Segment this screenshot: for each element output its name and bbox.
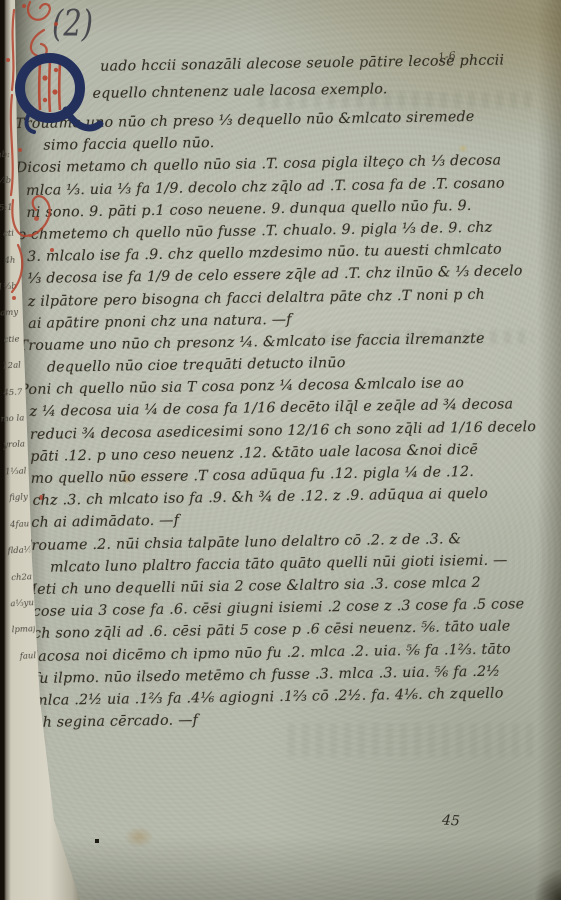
red-flourish-ornament — [0, 0, 80, 300]
gutter-text-fragment: yamy — [0, 300, 19, 328]
manuscript-text-block: uado hccii sonazāli alecose seuole pātir… — [12, 52, 553, 737]
gutter-text-fragment: yrola — [1, 432, 25, 460]
manuscript-photo: (2) 1-6 45 uado hccii sonazāli alecose s… — [0, 0, 561, 900]
gutter-text-fragment: 4fau — [6, 511, 30, 539]
gutter-text-fragment: ch2a — [8, 564, 32, 592]
folio-number: 45 — [441, 812, 460, 829]
corner-shadow — [535, 870, 561, 900]
gutter-text-fragment: flda⅓ — [7, 537, 31, 565]
illuminated-initial-Q — [6, 48, 106, 140]
gutter-text-fragment: faul — [12, 643, 36, 671]
stain-spot — [124, 826, 154, 848]
gutter-text-fragment: a⅓yur — [10, 590, 34, 618]
ink-fleck — [95, 839, 99, 843]
gutter-text-fragment: 12al — [0, 353, 22, 381]
gutter-text-fragment: lpmaf — [11, 616, 35, 644]
gutter-text-fragment: 1⅓al — [3, 458, 27, 486]
gutter-text-fragment: 45.7 — [0, 379, 23, 407]
gutter-text-fragment: ctie — [0, 326, 20, 354]
gutter-text-fragment: figly — [4, 485, 28, 513]
gutter-text-fragment: mo la — [0, 405, 24, 433]
